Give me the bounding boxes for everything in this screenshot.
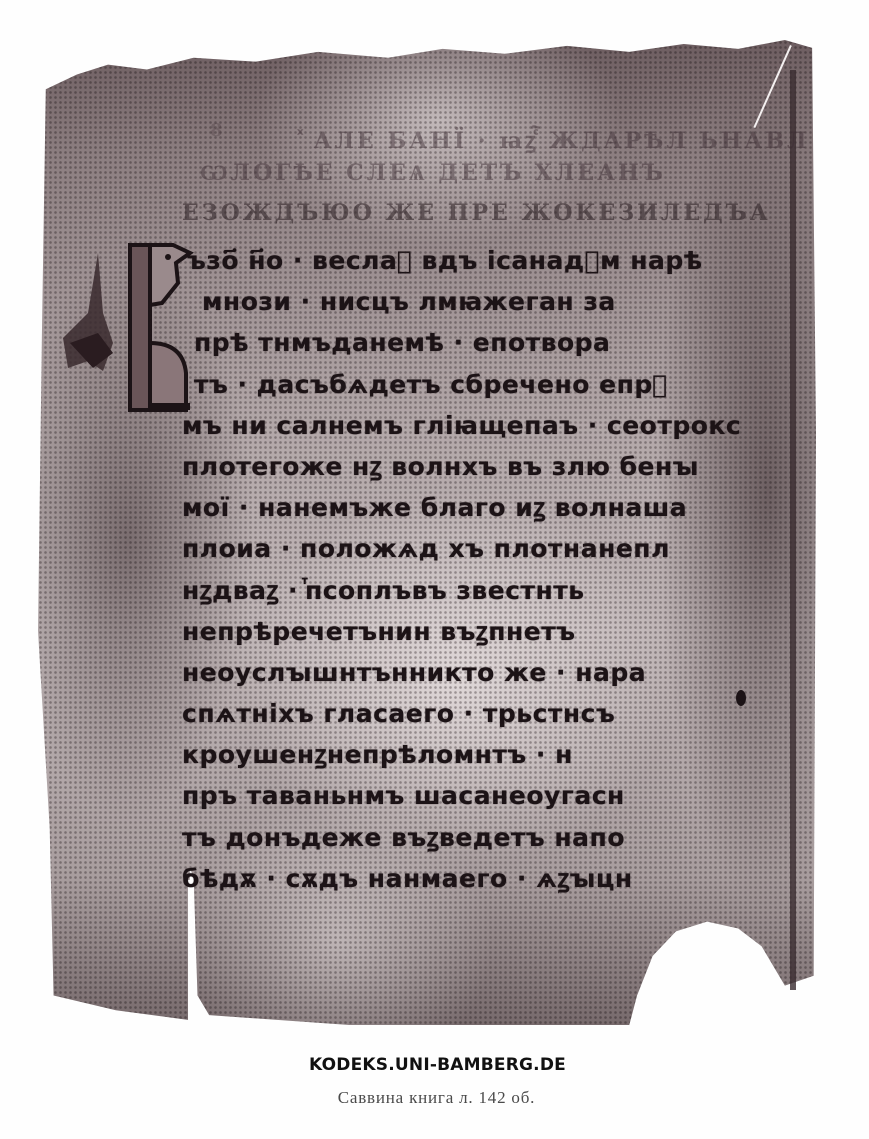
faded-line-2: ѠЛОГѢЕ СЛЕѦ ДЕТЪ ХЛЕАНЪ [200,160,666,186]
manuscript-line: плотегоже нꙁ волнхъ въ злю бенꙑ [182,446,742,487]
manuscript-text-block: ъзо҃ н҃о · весла꙼ вдъ ісанадꙁм нарѣ мноз… [182,240,742,899]
figure-caption: Саввина книга л. 142 об. [4,1088,869,1108]
faded-line-3: ЕЗОЖДЪЮО ЖЕ ПРЕ ЖОКЕЗИЛЕДЪА [182,200,771,226]
page-marker: 8 [210,120,226,141]
faded-line-1: ⷯ АЛЕ БАНЇ · ꙗꙁⷭ҇ ЖДАРѢЛ ЬНАВЛ [300,125,809,155]
manuscript-line: тъ донъдеже въꙁведетъ напо [182,817,742,858]
manuscript-line: тъ · дасъбѧдетъ сбречено епрⷪ [182,364,742,405]
parchment-tear [188,880,194,1030]
manuscript-line: кроушенꙁнепрѣломнтъ · н [182,734,742,775]
manuscript-line: спѧтніхъ гласаего · трьстнсъ [182,693,742,734]
manuscript-line: пръ таваньнмъ шасанеоугасн [182,775,742,816]
caption-block: KODEKS.UNI-BAMBERG.DE Саввина книга л. 1… [0,1055,869,1108]
manuscript-line: нꙁдваꙁ · ⷮпсоплъвъ звестнть [182,570,742,611]
decorated-initial-letter [58,243,198,413]
manuscript-line: неоуслꙑшнтънникто же · нара [182,652,742,693]
manuscript-line: ъзо҃ н҃о · весла꙼ вдъ ісанадꙁм нарѣ [182,240,742,281]
source-watermark: KODEKS.UNI-BAMBERG.DE [6,1055,869,1075]
initial-v-icon [58,243,198,413]
manuscript-line: прѣ тнмъданемѣ · епотвора [182,322,742,363]
manuscript-line: мої · нанемъже благо иꙁ волнаша [182,487,742,528]
manuscript-line: непрѣречетънин въꙁпнетъ [182,611,742,652]
manuscript-line: мъ ни салнемъ гліꙗщепаъ · сеотрокс [182,405,742,446]
manuscript-line: плоиа · положѧд хъ плотнанепл [182,528,742,569]
page-frame: 8 ⷯ АЛЕ БАНЇ · ꙗꙁⷭ҇ ЖДАРѢЛ ЬНАВЛ ѠЛОГѢЕ … [0,0,869,1139]
binding-edge [790,70,796,990]
manuscript-line: мнози · ниcцъ лмꙗжеган за [182,281,742,322]
marginal-ink-mark [736,690,746,706]
manuscript-line: бѣдѫ · сѫдъ нанмаего · ѧꙁꙑцн [182,858,742,899]
